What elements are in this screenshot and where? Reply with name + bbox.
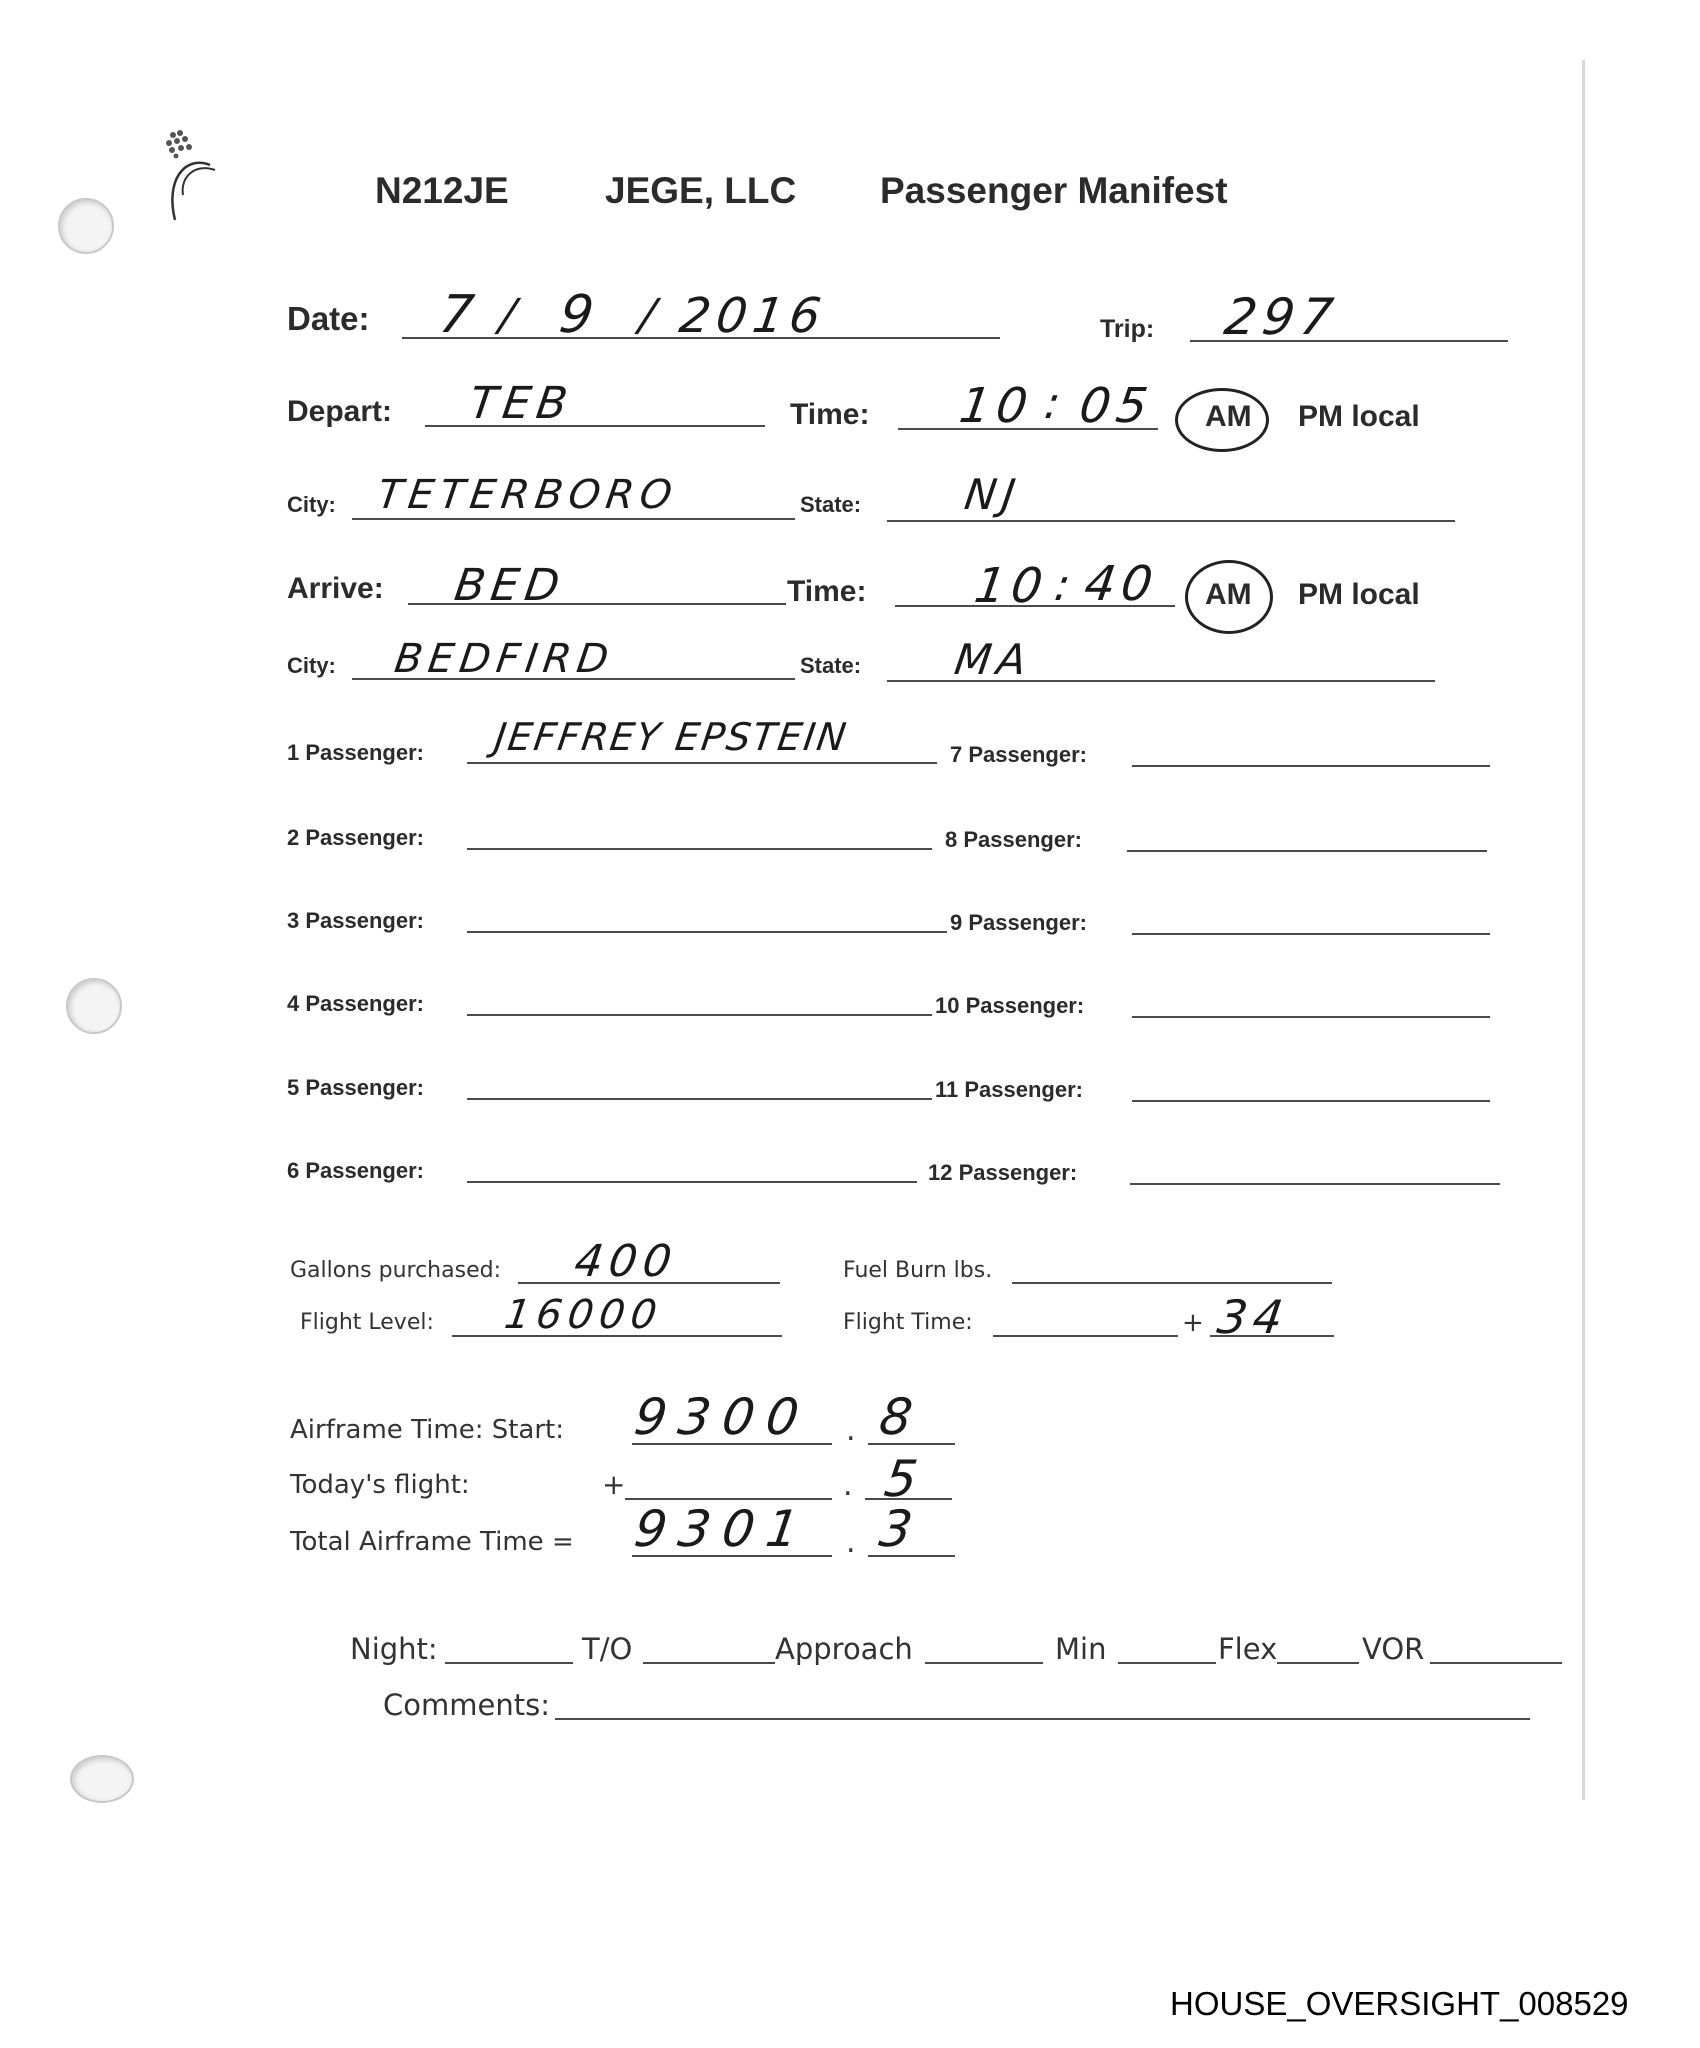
depart-city-label: City: — [287, 492, 336, 518]
takeoff-label: T/O — [582, 1632, 632, 1666]
passenger-11-field-line[interactable] — [1132, 1100, 1490, 1102]
depart-pm-local-option[interactable]: PM local — [1298, 400, 1420, 434]
passenger-12-label: 12 Passenger: — [928, 1160, 1077, 1186]
total-airframe-decimal: 3 — [876, 1500, 922, 1558]
vor-label: VOR — [1362, 1632, 1424, 1666]
passenger-7-label: 7 Passenger: — [950, 742, 1087, 768]
flex-label: Flex — [1218, 1632, 1277, 1666]
passenger-1-field-line[interactable] — [467, 762, 937, 764]
depart-airport: TEB — [466, 378, 576, 429]
passenger-4-label: 4 Passenger: — [287, 991, 424, 1017]
scan-page-edge — [1582, 60, 1585, 1800]
total-airframe-label: Total Airframe Time = — [290, 1527, 574, 1557]
comments-label: Comments: — [383, 1688, 550, 1722]
arrive-time-label: Time: — [787, 575, 866, 609]
company-logo-icon — [155, 125, 230, 225]
form-title: Passenger Manifest — [880, 170, 1228, 212]
passenger-4-field-line[interactable] — [467, 1014, 932, 1016]
todays-flight-prefix: + — [602, 1468, 625, 1501]
trip-label: Trip: — [1100, 315, 1154, 344]
todays-flight-label: Today's flight: — [290, 1470, 470, 1500]
fuel-burn-field-line[interactable] — [1012, 1282, 1332, 1284]
passenger-3-field-line[interactable] — [467, 931, 947, 933]
arrive-city: BEDFIRD — [392, 636, 617, 682]
bates-number: HOUSE_OVERSIGHT_008529 — [1170, 1985, 1629, 2023]
airframe-start-whole: 9300 — [631, 1388, 814, 1446]
depart-city-field-line[interactable] — [352, 518, 795, 520]
depart-am-option[interactable]: AM — [1205, 400, 1252, 434]
binder-hole-middle — [66, 978, 122, 1034]
gallons-purchased-label: Gallons purchased: — [290, 1258, 501, 1283]
depart-city: TETERBORO — [375, 472, 681, 518]
manifest-page: N212JE JEGE, LLC Passenger Manifest Date… — [0, 0, 1700, 2048]
min-label: Min — [1055, 1632, 1106, 1666]
fuel-burn-label: Fuel Burn lbs. — [843, 1258, 992, 1283]
depart-minute: 05 — [1076, 378, 1157, 434]
arrive-time-colon: : — [1051, 560, 1079, 611]
depart-time-label: Time: — [790, 398, 869, 432]
total-airframe-whole: 9301 — [631, 1500, 814, 1558]
total-airframe-decimal-point: . — [846, 1525, 856, 1560]
date-day: 9 — [556, 285, 604, 345]
gallons-purchased-value: 400 — [571, 1236, 680, 1287]
company-name: JEGE, LLC — [605, 170, 796, 212]
passenger-5-field-line[interactable] — [467, 1098, 932, 1100]
flight-time-prefix: + — [1182, 1308, 1204, 1338]
passenger-6-field-line[interactable] — [467, 1181, 917, 1183]
date-separator-1: / — [496, 290, 524, 341]
depart-state: NJ — [962, 470, 1025, 519]
arrive-pm-local-option[interactable]: PM local — [1298, 578, 1420, 612]
arrive-hour: 10 — [971, 558, 1052, 614]
passenger-2-label: 2 Passenger: — [287, 825, 424, 851]
trip-number: 297 — [1221, 288, 1343, 346]
depart-time-colon: : — [1041, 378, 1069, 429]
passenger-10-label: 10 Passenger: — [935, 993, 1084, 1019]
airframe-start-decimal: 8 — [876, 1388, 922, 1446]
flex-field-line[interactable] — [1277, 1662, 1359, 1664]
night-label: Night: — [350, 1632, 438, 1666]
airframe-start-decimal-point: . — [846, 1413, 856, 1448]
todays-flight-decimal-point: . — [843, 1468, 853, 1503]
airframe-start-label: Airframe Time: Start: — [290, 1415, 564, 1445]
passenger-11-label: 11 Passenger: — [935, 1077, 1083, 1103]
depart-state-field-line[interactable] — [887, 520, 1455, 522]
binder-hole-bottom — [70, 1755, 134, 1803]
flight-time-value: 34 — [1214, 1290, 1292, 1344]
flight-level-label: Flight Level: — [300, 1310, 434, 1335]
flight-level-value: 16000 — [502, 1292, 666, 1338]
passenger-9-label: 9 Passenger: — [950, 910, 1087, 936]
passenger-1-name: JEFFREY EPSTEIN — [492, 715, 851, 759]
min-field-line[interactable] — [1118, 1662, 1216, 1664]
flight-time-label: Flight Time: — [843, 1310, 973, 1335]
comments-field-line[interactable] — [555, 1718, 1530, 1720]
arrive-airport: BED — [451, 560, 568, 611]
flight-time-field-line[interactable] — [993, 1335, 1178, 1337]
passenger-7-field-line[interactable] — [1132, 765, 1490, 767]
passenger-3-label: 3 Passenger: — [287, 908, 424, 934]
arrive-label: Arrive: — [287, 572, 384, 606]
depart-hour: 10 — [956, 378, 1037, 434]
date-separator-2: / — [636, 290, 664, 341]
passenger-2-field-line[interactable] — [467, 848, 932, 850]
passenger-12-field-line[interactable] — [1130, 1183, 1500, 1185]
date-month: 7 — [436, 285, 484, 345]
vor-field-line[interactable] — [1430, 1662, 1562, 1664]
passenger-6-label: 6 Passenger: — [287, 1158, 424, 1184]
arrive-state-label: State: — [800, 653, 861, 679]
arrive-minute: 40 — [1081, 556, 1162, 612]
depart-state-label: State: — [800, 492, 861, 518]
takeoff-field-line[interactable] — [643, 1662, 775, 1664]
passenger-5-label: 5 Passenger: — [287, 1075, 424, 1101]
passenger-10-field-line[interactable] — [1132, 1016, 1490, 1018]
night-field-line[interactable] — [445, 1662, 573, 1664]
arrive-am-option[interactable]: AM — [1205, 578, 1252, 612]
passenger-1-label: 1 Passenger: — [287, 740, 424, 766]
date-label: Date: — [287, 300, 370, 338]
approach-label: Approach — [775, 1632, 913, 1666]
arrive-state: MA — [952, 635, 1036, 684]
passenger-9-field-line[interactable] — [1132, 933, 1490, 935]
approach-field-line[interactable] — [925, 1662, 1043, 1664]
arrive-city-label: City: — [287, 653, 336, 679]
depart-label: Depart: — [287, 395, 392, 429]
passenger-8-field-line[interactable] — [1127, 850, 1487, 852]
tail-number: N212JE — [375, 170, 509, 212]
passenger-8-label: 8 Passenger: — [945, 827, 1082, 853]
date-year: 2016 — [676, 288, 830, 344]
binder-hole-top — [58, 198, 114, 254]
